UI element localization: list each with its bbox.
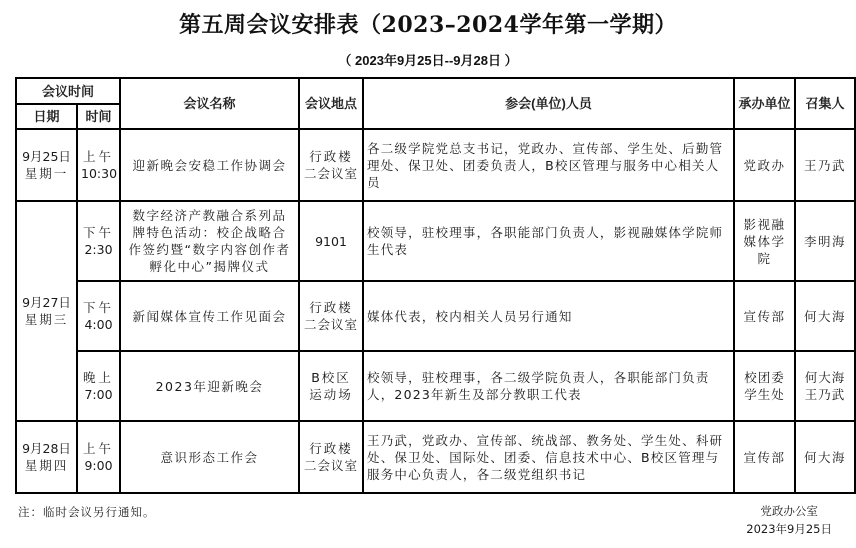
time: 2:30 bbox=[81, 241, 116, 258]
location-line: 行政楼 bbox=[303, 440, 359, 457]
time-cell: 上午 10:30 bbox=[77, 129, 120, 201]
table-row: 9月27日 星期三 下午 2:30 数字经济产教融合系列品牌特色活动：校企战略合… bbox=[16, 201, 855, 281]
host-cell: 校团委 学生处 bbox=[734, 351, 795, 421]
location-line: 二会议室 bbox=[303, 457, 359, 474]
header-meeting-time: 会议时间 bbox=[16, 78, 120, 104]
issue-date: 2023年9月25日 bbox=[746, 520, 832, 538]
table-row: 下午 4:00 新闻媒体宣传工作见面会 行政楼 二会议室 媒体代表，校内相关人员… bbox=[16, 281, 855, 351]
time: 7:00 bbox=[81, 386, 116, 403]
time: 4:00 bbox=[81, 316, 116, 333]
location-line: B校区 bbox=[303, 369, 359, 386]
convener: 何大海 bbox=[795, 421, 855, 493]
meeting-schedule-table: 会议时间 会议名称 会议地点 参会(单位)人员 承办单位 召集人 日期 时间 9… bbox=[15, 77, 856, 494]
host: 宣传部 bbox=[734, 281, 795, 351]
header-date: 日期 bbox=[16, 104, 77, 129]
attendees: 校领导，驻校理事，各职能部门负责人，影视融媒体学院师生代表 bbox=[363, 201, 734, 281]
host: 党政办 bbox=[734, 129, 795, 201]
table-row: 9月25日 星期一 上午 10:30 迎新晚会安稳工作协调会 行政楼 二会议室 … bbox=[16, 129, 855, 201]
issuer: 党政办公室 bbox=[746, 502, 832, 520]
location-line: 二会议室 bbox=[303, 316, 359, 333]
period: 下午 bbox=[81, 224, 116, 241]
table-row: 晚上 7:00 2023年迎新晚会 B校区 运动场 校领导，驻校理事，各二级学院… bbox=[16, 351, 855, 421]
table-row: 9月28日 星期四 上午 9:00 意识形态工作会 行政楼 二会议室 王乃武，党… bbox=[16, 421, 855, 493]
location-cell: 行政楼 二会议室 bbox=[299, 129, 363, 201]
weekday: 星期三 bbox=[20, 311, 73, 328]
date-range: （ 2023年9月25日--9月28日 ） bbox=[0, 50, 856, 69]
convener-line: 王乃武 bbox=[799, 386, 851, 403]
host: 宣传部 bbox=[734, 421, 795, 493]
date-cell: 9月27日 星期三 bbox=[16, 201, 77, 421]
meeting-name: 2023年迎新晚会 bbox=[120, 351, 299, 421]
header-attendees: 参会(单位)人员 bbox=[363, 78, 734, 129]
time-cell: 晚上 7:00 bbox=[77, 351, 120, 421]
weekday: 星期一 bbox=[20, 165, 73, 182]
meeting-name: 新闻媒体宣传工作见面会 bbox=[120, 281, 299, 351]
location-line: 运动场 bbox=[303, 386, 359, 403]
header-location: 会议地点 bbox=[299, 78, 363, 129]
location-line: 二会议室 bbox=[303, 165, 359, 182]
header-host: 承办单位 bbox=[734, 78, 795, 129]
date-cell: 9月25日 星期一 bbox=[16, 129, 77, 201]
header-time: 时间 bbox=[77, 104, 120, 129]
meeting-name: 数字经济产教融合系列品牌特色活动：校企战略合作签约暨“数字内容创作者孵化中心”揭… bbox=[120, 201, 299, 281]
period: 晚上 bbox=[81, 369, 116, 386]
weekday: 星期四 bbox=[20, 457, 73, 474]
location-line: 行政楼 bbox=[303, 148, 359, 165]
document-title: 第五周会议安排表（2023–2024学年第一学期） bbox=[0, 8, 856, 39]
date: 9月27日 bbox=[20, 294, 73, 311]
period: 上午 bbox=[81, 440, 116, 457]
location-cell: 行政楼 二会议室 bbox=[299, 421, 363, 493]
period: 下午 bbox=[81, 299, 116, 316]
time: 10:30 bbox=[81, 165, 116, 182]
location-line: 行政楼 bbox=[303, 299, 359, 316]
date: 9月25日 bbox=[20, 148, 73, 165]
attendees: 校领导，驻校理事，各二级学院负责人，各职能部门负责人，2023年新生及部分教职工… bbox=[363, 351, 734, 421]
date-cell: 9月28日 星期四 bbox=[16, 421, 77, 493]
location-cell: 行政楼 二会议室 bbox=[299, 281, 363, 351]
convener-cell: 何大海 王乃武 bbox=[795, 351, 855, 421]
time-cell: 下午 2:30 bbox=[77, 201, 120, 281]
meeting-name: 迎新晚会安稳工作协调会 bbox=[120, 129, 299, 201]
convener: 李明海 bbox=[795, 201, 855, 281]
header-row-1: 会议时间 会议名称 会议地点 参会(单位)人员 承办单位 召集人 bbox=[16, 78, 855, 104]
attendees: 各二级学院党总支书记，党政办、宣传部、学生处、后勤管理处、保卫处、团委负责人，B… bbox=[363, 129, 734, 201]
location-cell: 9101 bbox=[299, 201, 363, 281]
attendees: 媒体代表，校内相关人员另行通知 bbox=[363, 281, 734, 351]
time-cell: 下午 4:00 bbox=[77, 281, 120, 351]
location-cell: B校区 运动场 bbox=[299, 351, 363, 421]
convener: 王乃武 bbox=[795, 129, 855, 201]
footer-signature: 党政办公室 2023年9月25日 bbox=[746, 502, 832, 538]
host-line: 校团委 bbox=[738, 369, 791, 386]
attendees: 王乃武，党政办、宣传部、统战部、教务处、学生处、科研处、保卫处、国际处、团委、信… bbox=[363, 421, 734, 493]
time: 9:00 bbox=[81, 457, 116, 474]
header-meeting-name: 会议名称 bbox=[120, 78, 299, 129]
host-line: 学生处 bbox=[738, 386, 791, 403]
footer-note: 注：临时会议另行通知。 bbox=[18, 504, 156, 520]
convener: 何大海 bbox=[795, 281, 855, 351]
time-cell: 上午 9:00 bbox=[77, 421, 120, 493]
header-convener: 召集人 bbox=[795, 78, 855, 129]
meeting-name: 意识形态工作会 bbox=[120, 421, 299, 493]
period: 上午 bbox=[81, 148, 116, 165]
host: 影视融媒体学院 bbox=[734, 201, 795, 281]
date: 9月28日 bbox=[20, 440, 73, 457]
convener-line: 何大海 bbox=[799, 369, 851, 386]
